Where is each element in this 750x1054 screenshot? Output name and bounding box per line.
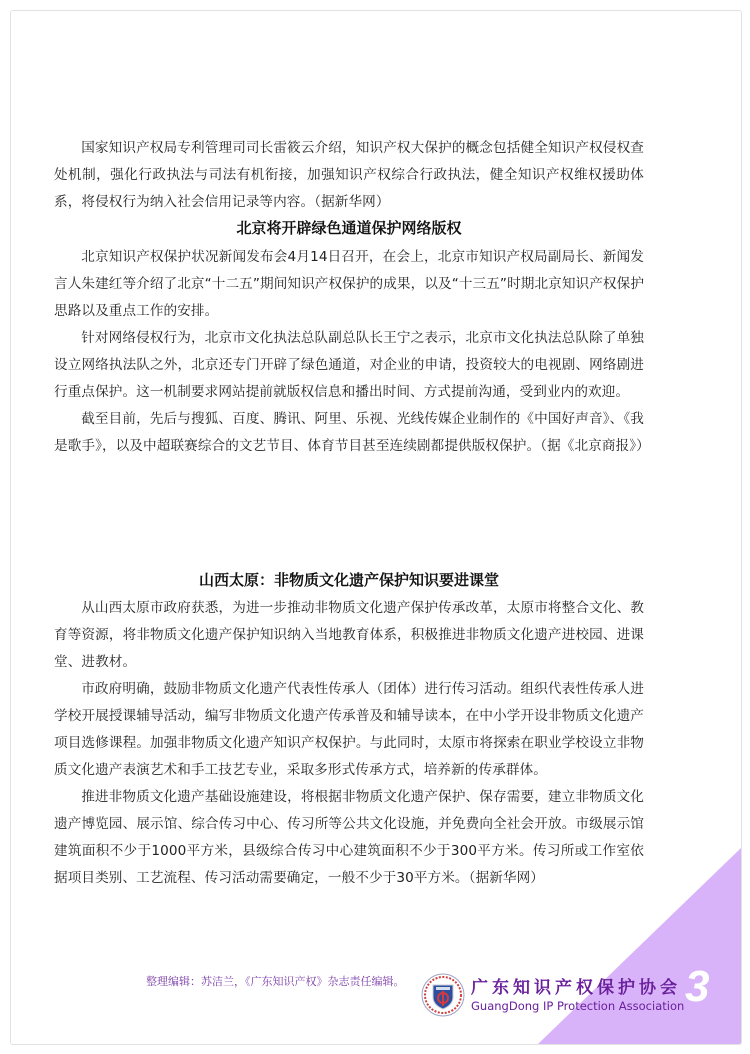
article1-title-wrap: 北京将开辟绿色通道保护网络版权 (54, 216, 644, 240)
association-emblem-icon (421, 973, 465, 1017)
article1-title: 北京将开辟绿色通道保护网络版权 (54, 216, 644, 240)
article2-paragraph: 推进非物质文化遗产基础设施建设，将根据非物质文化遗产保护、保存需要，建立非物质文… (54, 784, 644, 892)
article1-paragraph: 北京知识产权保护状况新闻发布会4月14日召开，在会上，北京市知识产权局副局长、新… (54, 244, 644, 325)
logo-text: 广东知识产权保护协会 GuangDong IP Protection Assoc… (471, 977, 684, 1013)
org-name-en: GuangDong IP Protection Association (471, 999, 684, 1013)
org-name-cn: 广东知识产权保护协会 (471, 977, 684, 999)
article1-paragraph: 针对网络侵权行为，北京市文化执法总队副总队长王宁之表示，北京市文化执法总队除了单… (54, 325, 644, 406)
document-page: 国家知识产权局专利管理司司长雷筱云介绍，知识产权大保护的概念包括健全知识产权侵权… (10, 10, 742, 1045)
page-number: 3 (685, 962, 709, 1012)
article2-title-wrap: 山西太原：非物质文化遗产保护知识要进课堂 (54, 568, 644, 592)
article2-body: 从山西太原市政府获悉，为进一步推动非物质文化遗产保护传承改革，太原市将整合文化、… (54, 595, 644, 892)
editor-note: 整理编辑：苏洁兰，《广东知识产权》杂志责任编辑。 (146, 973, 405, 989)
article1-body: 北京知识产权保护状况新闻发布会4月14日召开，在会上，北京市知识产权局副局长、新… (54, 244, 644, 460)
article1-paragraph: 截至目前，先后与搜狐、百度、腾讯、阿里、乐视、光线传媒企业制作的《中国好声音》、… (54, 406, 644, 460)
article2-title: 山西太原：非物质文化遗产保护知识要进课堂 (54, 568, 644, 592)
article2-paragraph: 市政府明确，鼓励非物质文化遗产代表性传承人（团体）进行传习活动。组织代表性传承人… (54, 676, 644, 784)
intro-paragraph: 国家知识产权局专利管理司司长雷筱云介绍，知识产权大保护的概念包括健全知识产权侵权… (54, 135, 644, 216)
article2-paragraph: 从山西太原市政府获悉，为进一步推动非物质文化遗产保护传承改革，太原市将整合文化、… (54, 595, 644, 676)
intro-block: 国家知识产权局专利管理司司长雷筱云介绍，知识产权大保护的概念包括健全知识产权侵权… (54, 135, 644, 216)
association-logo: 广东知识产权保护协会 GuangDong IP Protection Assoc… (421, 973, 684, 1017)
